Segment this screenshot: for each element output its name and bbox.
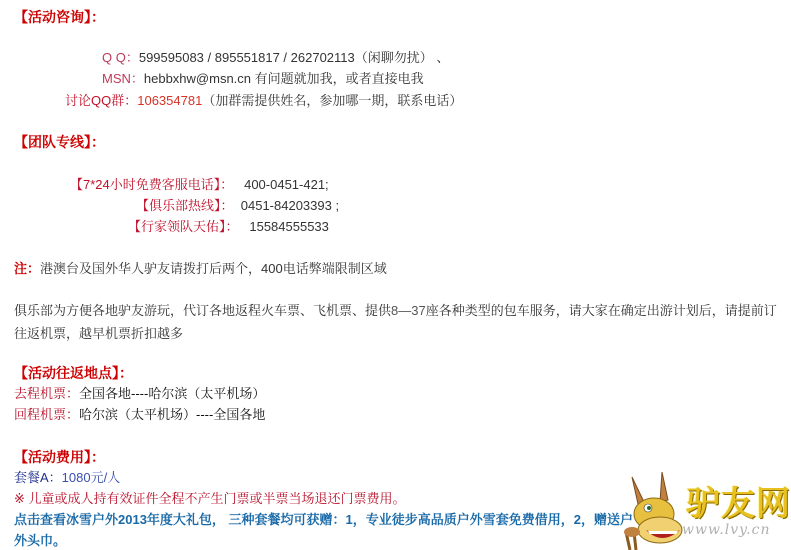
fees-heading: 【活动费用】： — [14, 448, 105, 466]
team-line-hotline-247: 【7*24小时免费客服电话】： 400-0451-421; — [70, 176, 329, 194]
watermark-logo: 驴友网 www.lvy.cn — [622, 472, 791, 550]
service-paragraph: 俱乐部为方便各地驴友游玩，代订各地返程火车票、飞机票、提供8—37座各种类型的包… — [14, 299, 784, 345]
team-line-club-hotline: 【俱乐部热线】： 0451-84203393 ; — [136, 197, 339, 215]
msn-label: MSN： — [102, 71, 144, 86]
team-line-label: 【行家领队天佑】： — [128, 219, 239, 234]
service-seat-range: 8—37 — [391, 303, 426, 318]
consult-heading: 【活动咨询】： — [14, 8, 105, 26]
team-line-label: 【7*24小时免费客服电话】： — [70, 177, 233, 192]
team-heading: 【团队专线】： — [14, 133, 105, 151]
return-row: 回程机票：哈尔滨（太平机场）----全国各地 — [14, 406, 265, 424]
package-price: 1080元/人 — [62, 470, 121, 485]
qq-row: Q Q：599595083 / 895551817 / 262702113（闲聊… — [102, 49, 449, 67]
qq-value: 599595083 / 895551817 / 262702113（闲聊勿扰） … — [139, 50, 450, 65]
team-line-value: 400-0451-421; — [244, 177, 329, 192]
team-line-label: 【俱乐部热线】： — [136, 198, 234, 213]
outbound-value: 全国各地----哈尔滨（太平机场） — [79, 386, 265, 401]
locations-heading: 【活动往返地点】： — [14, 364, 133, 382]
team-line-value: 15584555533 — [249, 219, 329, 234]
qq-group-row: 讨论QQ群：106354781（加群需提供姓名，参加哪一期，联系电话） — [65, 92, 462, 110]
qq-label: Q Q： — [102, 50, 139, 65]
package-label: 套餐A： — [14, 470, 62, 485]
watermark-url: www.lvy.cn — [682, 522, 770, 538]
note-text: 港澳台及国外华人驴友请拨打后两个，400电话弊端限制区域 — [40, 261, 387, 276]
package-row: 套餐A：1080元/人 — [14, 469, 120, 487]
return-value: 哈尔滨（太平机场）----全国各地 — [79, 407, 265, 422]
qq-group-note: （加群需提供姓名，参加哪一期，联系电话） — [202, 93, 462, 108]
outbound-row: 去程机票：全国各地----哈尔滨（太平机场） — [14, 385, 265, 403]
qq-group-label: 讨论QQ群： — [65, 93, 137, 108]
promo-link[interactable]: 点击查看冰雪户外2013年度大礼包， 三种套餐均可获赠：1，专业徒步高品质户外雪… — [14, 511, 633, 529]
donkey-mascot-icon — [622, 472, 692, 550]
promo-link-continued[interactable]: 外头巾。 — [14, 532, 66, 550]
watermark-brand: 驴友网 — [686, 476, 791, 525]
ticket-notice: ※ 儿童或成人持有效证件全程不产生门票或半票当场退还门票费用。 — [14, 490, 406, 508]
msn-value: hebbxhw@msn.cn 有问题就加我，或者直接电我 — [144, 71, 424, 86]
team-line-value: 0451-84203393 ; — [241, 198, 339, 213]
return-label: 回程机票： — [14, 407, 79, 422]
team-line-leader: 【行家领队天佑】： 15584555533 — [128, 218, 329, 236]
note-row: 注：港澳台及国外华人驴友请拨打后两个，400电话弊端限制区域 — [14, 260, 387, 278]
service-text-1: 俱乐部为方便各地驴友游玩，代订各地返程火车票、飞机票、提供 — [14, 303, 391, 318]
qq-group-number: 106354781 — [137, 93, 202, 108]
note-label: 注： — [14, 261, 40, 276]
msn-row: MSN：hebbxhw@msn.cn 有问题就加我，或者直接电我 — [102, 70, 424, 88]
outbound-label: 去程机票： — [14, 386, 79, 401]
